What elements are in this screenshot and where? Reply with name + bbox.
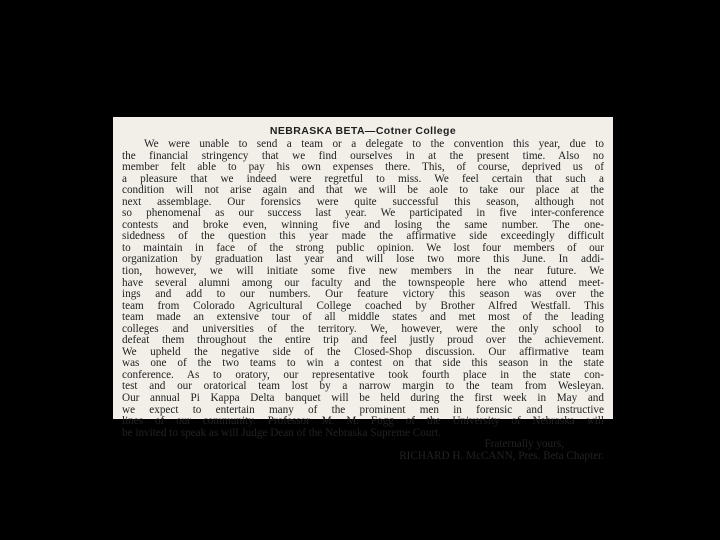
signature: RICHARD H. McCANN, Pres. Beta Chapter. bbox=[122, 451, 604, 463]
document-closing: Fraternally yours, RICHARD H. McCANN, Pr… bbox=[122, 439, 604, 462]
text-line: Our annual Pi Kappa Delta banquet will b… bbox=[122, 393, 604, 405]
document-page: NEBRASKA BETA—Cotner College We were una… bbox=[113, 117, 613, 419]
text-line: We were unable to send a team or a deleg… bbox=[122, 139, 604, 151]
text-line: tion, however, we will initiate some fiv… bbox=[122, 266, 604, 278]
text-line: lines of our community. Professor M. M. … bbox=[122, 416, 604, 428]
document-body: We were unable to send a team or a deleg… bbox=[122, 139, 604, 439]
text-line: condition will not arise again and that … bbox=[122, 185, 604, 197]
text-line: member felt able to pay his own expenses… bbox=[122, 162, 604, 174]
document-title: NEBRASKA BETA—Cotner College bbox=[122, 124, 604, 139]
text-line: ings and add to our numbers. Our feature… bbox=[122, 289, 604, 301]
